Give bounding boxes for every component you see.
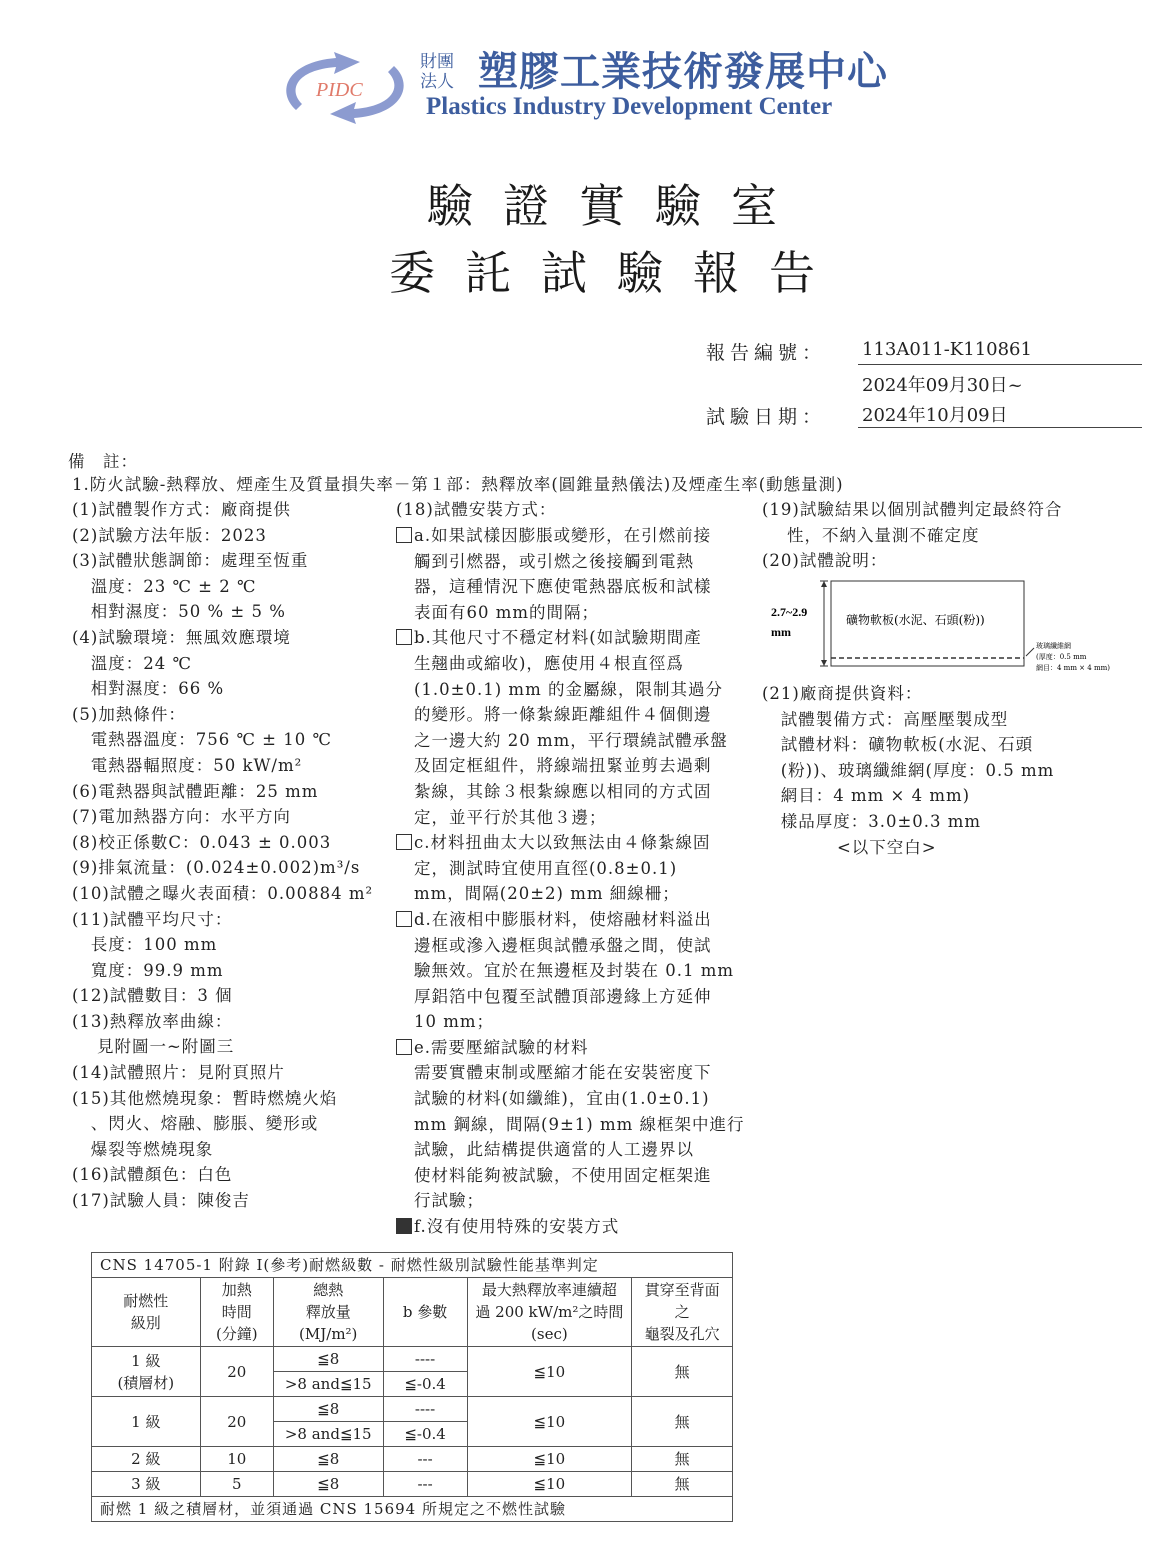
org-name-en: Plastics Industry Development Center xyxy=(426,92,832,122)
note-item: (7)電加熱器方向：水平方向 xyxy=(72,804,373,830)
mounting-option-text: c.材料扭曲太大以致無法由４條紮線固 xyxy=(414,833,711,852)
mounting-option-line: 紮線，其餘３根紮線應以相同的方式固 xyxy=(396,779,745,805)
item21-line: <以下空白> xyxy=(762,835,1054,861)
note-item: (5)加熱條件： xyxy=(72,702,373,728)
table-header: b 參數 xyxy=(383,1278,467,1347)
table-header: 加熱 時間 (分鐘) xyxy=(200,1278,273,1347)
checkbox-checked-icon xyxy=(396,1218,412,1234)
item21-line: 網目：4 mm × 4 mm) xyxy=(762,783,1054,809)
mounting-option-line: mm 鋼線，間隔(9±1) mm 線框架中進行 xyxy=(396,1112,745,1138)
table-caption-row: CNS 14705-1 附錄 I(參考)耐燃級數 - 耐燃性級別試驗性能基準判定 xyxy=(92,1253,733,1278)
note-item: (9)排氣流量：(0.024±0.002)m³/s xyxy=(72,855,373,881)
mounting-option-line: 定，並平行於其他３邊； xyxy=(396,805,745,831)
mounting-option-text: 及固定框組件，將線端扭緊並剪去過剩 xyxy=(414,756,712,775)
table-footer-row: 耐燃 1 級之積層材，並須通過 CNS 15694 所規定之不燃性試驗 xyxy=(92,1497,733,1522)
note-item: (12)試體數目：3 個 xyxy=(72,983,373,1009)
item21-line: (21)廠商提供資料： xyxy=(762,681,1054,707)
b-param-cell: ---- xyxy=(383,1397,467,1422)
hrr-time-cell: ≦10 xyxy=(467,1347,632,1397)
crack-cell: 無 xyxy=(632,1447,733,1472)
org-type-line1: 財團 xyxy=(420,52,454,72)
grade-cell: 1 級 xyxy=(92,1397,201,1447)
heating-time-cell: 10 xyxy=(200,1447,273,1472)
pidc-logo-swirl-icon: PIDC xyxy=(276,52,414,124)
note-item: (1)試體製作方式：廠商提供 xyxy=(72,497,373,523)
grade-cell: 1 級 (積層材) xyxy=(92,1347,201,1397)
mounting-option-text: e.需要壓縮試驗的材料 xyxy=(414,1038,589,1057)
mounting-option-line: 的變形。將一條紮線距離組件４個側邊 xyxy=(396,702,745,728)
item19: (19)試驗結果以個別試體判定最終符合 性，不納入量測不確定度 (20)試體說明… xyxy=(762,497,1062,574)
org-type-line2: 法人 xyxy=(420,72,454,92)
note-item: (6)電熱器與試體距離：25 mm xyxy=(72,779,373,805)
board-label: 礦物軟板(水泥、石頭(粉)) xyxy=(846,612,985,627)
note-item: 相對濕度：50 % ± 5 % xyxy=(72,599,373,625)
mounting-option-line: 及固定框組件，將線端扭緊並剪去過剩 xyxy=(396,753,745,779)
lab-title: 驗證實驗室 xyxy=(0,170,1174,236)
report-no-underline xyxy=(858,364,1142,365)
table-header: 耐燃性 級別 xyxy=(92,1278,201,1347)
note-item: 寬度：99.9 mm xyxy=(72,958,373,984)
heating-time-cell: 20 xyxy=(200,1347,273,1397)
table-footer: 耐燃 1 級之積層材，並須通過 CNS 15694 所規定之不燃性試驗 xyxy=(92,1497,733,1522)
mounting-heading: (18)試體安裝方式： xyxy=(396,497,556,523)
total-heat-cell: ≦8 xyxy=(273,1472,383,1497)
mounting-option-text: 定，測試時宜使用直徑(0.8±0.1) xyxy=(414,859,677,878)
checkbox-unchecked-icon xyxy=(396,1039,412,1055)
mounting-option-text: 觸到引燃器，或引燃之後接觸到電熱 xyxy=(414,552,694,571)
pidc-logo-text: PIDC xyxy=(315,79,363,101)
test-date-start: 2024年09月30日~ xyxy=(862,371,1023,397)
table-header: 貫穿至背面 之 龜裂及孔穴 xyxy=(632,1278,733,1347)
table-row: 2 級10≦8---≦10無 xyxy=(92,1447,733,1472)
table-row: 1 級20≦8----≦10無 xyxy=(92,1397,733,1422)
mounting-option-text: 驗無效。宜於在無邊框及封裝在 0.1 mm xyxy=(414,961,734,980)
b-param-cell: ---- xyxy=(383,1347,467,1372)
grade-cell: 2 級 xyxy=(92,1447,201,1472)
table-caption: CNS 14705-1 附錄 I(參考)耐燃級數 - 耐燃性級別試驗性能基準判定 xyxy=(92,1253,733,1278)
item19-line1: (19)試驗結果以個別試體判定最終符合 xyxy=(762,497,1062,523)
total-heat-cell: ≦8 xyxy=(273,1347,383,1372)
test-date-underline xyxy=(858,427,1142,428)
b-param-cell: ≦-0.4 xyxy=(383,1372,467,1397)
item21-line: 樣品厚度：3.0±0.3 mm xyxy=(762,809,1054,835)
note-item: 電熱器溫度：756 ℃ ± 10 ℃ xyxy=(72,727,373,753)
note-item: 相對濕度：66 % xyxy=(72,676,373,702)
test-standard: 1.防火試驗-熱釋放、煙產生及質量損失率－第１部：熱釋放率(圓錐量熱儀法)及煙產… xyxy=(72,472,844,498)
report-no-value: 113A011-K110861 xyxy=(862,339,1032,360)
report-no-label: 報告編號： xyxy=(706,338,826,365)
table-header-row: 耐燃性 級別加熱 時間 (分鐘)總熱 釋放量 (MJ/m²)b 參數最大熱釋放率… xyxy=(92,1278,733,1347)
mounting-option-text: a.如果試樣因膨脹或變形，在引燃前接 xyxy=(414,526,711,545)
note-item: (17)試驗人員：陳俊吉 xyxy=(72,1188,373,1214)
note-item: (10)試體之曝火表面積：0.00884 m² xyxy=(72,881,373,907)
b-param-cell: --- xyxy=(383,1447,467,1472)
mounting-option-text: 試驗，此結構提供適當的人工邊界以 xyxy=(414,1140,694,1159)
item21-line: (粉))、玻璃纖維網(厚度：0.5 mm xyxy=(762,758,1054,784)
note-item: (14)試體照片：見附頁照片 xyxy=(72,1060,373,1086)
note-item: 溫度：24 ℃ xyxy=(72,651,373,677)
mounting-option-text: 生翹曲或縮收)，應使用４根直徑爲 xyxy=(414,654,684,673)
mounting-option-text: d.在液相中膨脹材料，使熔融材料溢出 xyxy=(414,910,712,929)
mounting-option-text: 的變形。將一條紮線距離組件４個側邊 xyxy=(414,705,712,724)
notes-heading: 備 註： xyxy=(68,449,138,475)
org-type: 財團 法人 xyxy=(420,52,454,92)
fire-resistance-criteria-table: CNS 14705-1 附錄 I(參考)耐燃級數 - 耐燃性級別試驗性能基準判定… xyxy=(91,1252,733,1522)
org-name-cn: 塑膠工業技術發展中心 xyxy=(478,48,888,96)
mounting-option-line: d.在液相中膨脹材料，使熔融材料溢出 xyxy=(396,907,745,933)
total-heat-cell: ≦8 xyxy=(273,1447,383,1472)
mounting-option-text: 需要實體束制或壓縮才能在安裝密度下 xyxy=(414,1063,712,1082)
mounting-option-line: 使材料能夠被試驗，不使用固定框架進 xyxy=(396,1163,745,1189)
mounting-option-line: mm，間隔(20±2) mm 細線柵； xyxy=(396,881,745,907)
mounting-option-text: 行試驗； xyxy=(414,1191,484,1210)
mesh-label-3: 網目：4 mm × 4 mm) xyxy=(1036,663,1110,672)
test-date-end: 2024年10月09日 xyxy=(862,401,1008,427)
crack-cell: 無 xyxy=(632,1347,733,1397)
mounting-option-text: 之一邊大約 20 mm，平行環繞試體承盤 xyxy=(414,731,728,750)
table-header: 最大熱釋放率連續超 過 200 kW/m²之時間 (sec) xyxy=(467,1278,632,1347)
item21-line: 試體製備方式：高壓壓製成型 xyxy=(762,707,1054,733)
mounting-option: b.其他尺寸不穩定材料(如試驗期間產生翹曲或縮收)，應使用４根直徑爲(1.0±0… xyxy=(396,625,745,830)
mounting-option-line: (1.0±0.1) mm 的金屬線，限制其過分 xyxy=(396,677,745,703)
total-heat-cell: >8 and≦15 xyxy=(273,1372,383,1397)
mounting-option-line: 邊框或滲入邊框與試體承盤之間，使試 xyxy=(396,933,745,959)
note-item: (3)試體狀態調節：處理至恆重 xyxy=(72,548,373,574)
b-param-cell: ≦-0.4 xyxy=(383,1422,467,1447)
crack-cell: 無 xyxy=(632,1472,733,1497)
mesh-label-1: 玻璃纖維網 xyxy=(1036,641,1071,650)
mounting-option-line: 器，這種情況下應使電熱器底板和試樣 xyxy=(396,574,745,600)
mounting-option: c.材料扭曲太大以致無法由４條紮線固定，測試時宜使用直徑(0.8±0.1)mm，… xyxy=(396,830,745,907)
checkbox-unchecked-icon xyxy=(396,834,412,850)
note-item: (16)試體顏色：白色 xyxy=(72,1162,373,1188)
mounting-option-line: b.其他尺寸不穩定材料(如試驗期間產 xyxy=(396,625,745,651)
mounting-option-text: mm，間隔(20±2) mm 細線柵； xyxy=(414,884,680,903)
total-heat-cell: ≦8 xyxy=(273,1397,383,1422)
mounting-option-line: 厚鋁箔中包覆至試體頂部邊緣上方延伸 xyxy=(396,984,745,1010)
mounting-option-text: 器，這種情況下應使電熱器底板和試樣 xyxy=(414,577,712,596)
item19-line2: 性，不納入量測不確定度 xyxy=(762,523,1062,549)
mounting-option-line: a.如果試樣因膨脹或變形，在引燃前接 xyxy=(396,523,745,549)
item20-heading: (20)試體說明： xyxy=(762,548,1062,574)
mounting-option-line: c.材料扭曲太大以致無法由４條紮線固 xyxy=(396,830,745,856)
mounting-option-line: 表面有60 mm的間隔； xyxy=(396,600,745,626)
mounting-option-line: 10 mm； xyxy=(396,1009,745,1035)
mounting-option-line: 之一邊大約 20 mm，平行環繞試體承盤 xyxy=(396,728,745,754)
mounting-option-line: 試驗的材料(如纖維)，宜由(1.0±0.1) xyxy=(396,1086,745,1112)
mounting-option-text: 邊框或滲入邊框與試體承盤之間，使試 xyxy=(414,936,712,955)
heating-time-cell: 5 xyxy=(200,1472,273,1497)
mounting-option-text: 表面有60 mm的間隔； xyxy=(414,603,599,622)
note-item: 爆裂等燃燒現象 xyxy=(72,1137,373,1163)
mounting-option-text: 定，並平行於其他３邊； xyxy=(414,808,607,827)
note-item: (4)試驗環境：無風效應環境 xyxy=(72,625,373,651)
hrr-time-cell: ≦10 xyxy=(467,1397,632,1447)
mounting-option-text: 試驗的材料(如纖維)，宜由(1.0±0.1) xyxy=(414,1089,710,1108)
mounting-option-line: 生翹曲或縮收)，應使用４根直徑爲 xyxy=(396,651,745,677)
note-item: (8)校正係數C：0.043 ± 0.003 xyxy=(72,830,373,856)
crack-cell: 無 xyxy=(632,1397,733,1447)
mounting-option-line: 試驗，此結構提供適當的人工邊界以 xyxy=(396,1137,745,1163)
total-heat-cell: >8 and≦15 xyxy=(273,1422,383,1447)
mounting-option-text: 厚鋁箔中包覆至試體頂部邊緣上方延伸 xyxy=(414,987,712,1006)
heating-time-cell: 20 xyxy=(200,1397,273,1447)
b-param-cell: --- xyxy=(383,1472,467,1497)
mounting-option-line: 驗無效。宜於在無邊框及封裝在 0.1 mm xyxy=(396,958,745,984)
mounting-option-line: 需要實體束制或壓縮才能在安裝密度下 xyxy=(396,1060,745,1086)
table-row: 3 級5≦8---≦10無 xyxy=(92,1472,733,1497)
mounting-option-text: mm 鋼線，間隔(9±1) mm 線框架中進行 xyxy=(414,1115,745,1134)
mounting-option-text: b.其他尺寸不穩定材料(如試驗期間產 xyxy=(414,628,702,647)
table-row: 1 級 (積層材)20≦8----≦10無 xyxy=(92,1347,733,1372)
test-date-label: 試驗日期： xyxy=(706,402,826,429)
thickness-label-2: mm xyxy=(771,625,791,639)
mounting-option-text: 10 mm； xyxy=(414,1012,494,1031)
mounting-option-line: 行試驗； xyxy=(396,1188,745,1214)
grade-cell: 3 級 xyxy=(92,1472,201,1497)
hrr-time-cell: ≦10 xyxy=(467,1447,632,1472)
report-title: 委託試驗報告 xyxy=(0,237,1174,303)
note-item: (13)熱釋放率曲線： xyxy=(72,1009,373,1035)
checkbox-unchecked-icon xyxy=(396,527,412,543)
note-item: 見附圖一~附圖三 xyxy=(72,1034,373,1060)
mounting-option-text: f.沒有使用特殊的安裝方式 xyxy=(414,1217,619,1236)
mounting-option: f.沒有使用特殊的安裝方式 xyxy=(396,1214,745,1240)
mounting-option-line: 觸到引燃器，或引燃之後接觸到電熱 xyxy=(396,549,745,575)
checkbox-unchecked-icon xyxy=(396,629,412,645)
mounting-option-line: e.需要壓縮試驗的材料 xyxy=(396,1035,745,1061)
specimen-diagram: 2.7~2.9 mm 礦物軟板(水泥、石頭(粉)) 玻璃纖維網 (厚度：0.5 … xyxy=(768,578,1138,678)
mounting-option: d.在液相中膨脹材料，使熔融材料溢出邊框或滲入邊框與試體承盤之間，使試驗無效。宜… xyxy=(396,907,745,1035)
thickness-label-1: 2.7~2.9 xyxy=(771,605,807,619)
mounting-option: e.需要壓縮試驗的材料需要實體束制或壓縮才能在安裝密度下試驗的材料(如纖維)，宜… xyxy=(396,1035,745,1214)
note-item: 溫度：23 ℃ ± 2 ℃ xyxy=(72,574,373,600)
mounting-option: a.如果試樣因膨脹或變形，在引燃前接觸到引燃器，或引燃之後接觸到電熱器，這種情況… xyxy=(396,523,745,625)
mounting-option-text: 使材料能夠被試驗，不使用固定框架進 xyxy=(414,1166,712,1185)
mounting-option-text: 紮線，其餘３根紮線應以相同的方式固 xyxy=(414,782,712,801)
checkbox-unchecked-icon xyxy=(396,911,412,927)
mounting-options: a.如果試樣因膨脹或變形，在引燃前接觸到引燃器，或引燃之後接觸到電熱器，這種情況… xyxy=(396,523,745,1240)
mounting-option-line: 定，測試時宜使用直徑(0.8±0.1) xyxy=(396,856,745,882)
item21: (21)廠商提供資料： 試體製備方式：高壓壓製成型 試體材料：礦物軟板(水泥、石… xyxy=(762,681,1054,860)
note-item: (15)其他燃燒現象：暫時燃燒火焰 xyxy=(72,1086,373,1112)
note-item: 電熱器輻照度：50 kW/m² xyxy=(72,753,373,779)
note-item: (2)試驗方法年版：2023 xyxy=(72,523,373,549)
item21-line: 試體材料：礦物軟板(水泥、石頭 xyxy=(762,732,1054,758)
note-item: 、閃火、熔融、膨脹、變形或 xyxy=(72,1111,373,1137)
mounting-option-line: f.沒有使用特殊的安裝方式 xyxy=(396,1214,745,1240)
mounting-option-text: (1.0±0.1) mm 的金屬線，限制其過分 xyxy=(414,680,723,699)
note-item: (11)試體平均尺寸： xyxy=(72,907,373,933)
mesh-label-2: (厚度：0.5 mm xyxy=(1036,652,1087,661)
table-header: 總熱 釋放量 (MJ/m²) xyxy=(273,1278,383,1347)
hrr-time-cell: ≦10 xyxy=(467,1472,632,1497)
notes-left-column: (1)試體製作方式：廠商提供(2)試驗方法年版：2023(3)試體狀態調節：處理… xyxy=(72,497,373,1214)
note-item: 長度：100 mm xyxy=(72,932,373,958)
